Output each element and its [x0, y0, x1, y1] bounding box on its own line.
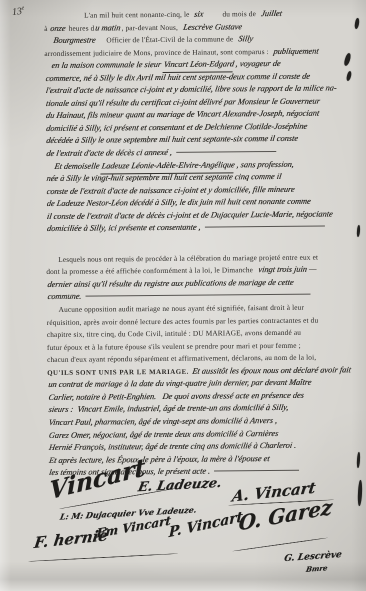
scanned-register-page: 13e L'an mil huit cent nonante-cinq, le … [0, 0, 366, 591]
printed-text: , par-devant Nous, [120, 22, 182, 32]
act-number-superscript: e [21, 5, 24, 11]
handwritten-text: onze [50, 22, 67, 35]
handwritten-text: commune. [47, 291, 83, 304]
handwritten-text: Silly [237, 33, 254, 46]
signature-officer: G. Lescrève [283, 550, 342, 564]
handwritten-text: domiciliée à Silly, ici présente et cons… [46, 222, 202, 236]
handwritten-text: Et demoiselle [53, 160, 102, 173]
handwritten-text: vingt trois juin — [257, 264, 317, 277]
handwritten-text: en la maison communale le sieur [51, 59, 164, 73]
printed-text: L'an mil huit cent nonante-cinq, le [84, 10, 193, 20]
printed-text: Officier de l'État-Civil de la commune d… [94, 34, 237, 44]
handwritten-text: Et aussitôt les époux nous ont déclaré a… [189, 364, 351, 378]
ink-rule [214, 470, 299, 472]
handwritten-text: Juillet [260, 8, 283, 21]
ink-smudge-mark [357, 480, 362, 506]
handwritten-text: , sans profession, [234, 158, 295, 171]
handwritten-text: , voyageur de [232, 58, 281, 71]
text-line: QU'ILS SONT UNIS PAR LE MARIAGE. Et auss… [47, 362, 366, 377]
printed-text: du mois de [203, 9, 260, 18]
signature-mother: L: M: Dujacquier Vve Ladeuze. [59, 504, 197, 521]
signature-witness-francois: F. hernié [33, 526, 109, 552]
ink-flourish [28, 553, 178, 562]
handwritten-text: u matin [95, 22, 122, 35]
act-number: 13e [11, 5, 25, 18]
document-lines: L'an mil huit cent nonante-cinq, le six … [44, 5, 366, 477]
ink-rule [176, 151, 276, 153]
signature-officer-title: Bmre [305, 563, 328, 574]
handwritten-text: Et après lecture, les Époux, le père à l… [48, 453, 270, 467]
handwritten-text: dernier ainsi qu'il résulte du registre … [46, 277, 294, 292]
ink-rule [85, 294, 310, 297]
printed-text: heures d [65, 23, 95, 32]
handwritten-text: de l'extrait d'acte de décès ci annexé , [45, 147, 173, 161]
handwritten-text: publiquement [273, 45, 320, 58]
ink-rule [205, 226, 325, 228]
ink-flourish [232, 537, 327, 551]
handwritten-text: Bourgmestre [52, 35, 96, 48]
handwritten-text: Lescrève Gustave [182, 21, 243, 34]
